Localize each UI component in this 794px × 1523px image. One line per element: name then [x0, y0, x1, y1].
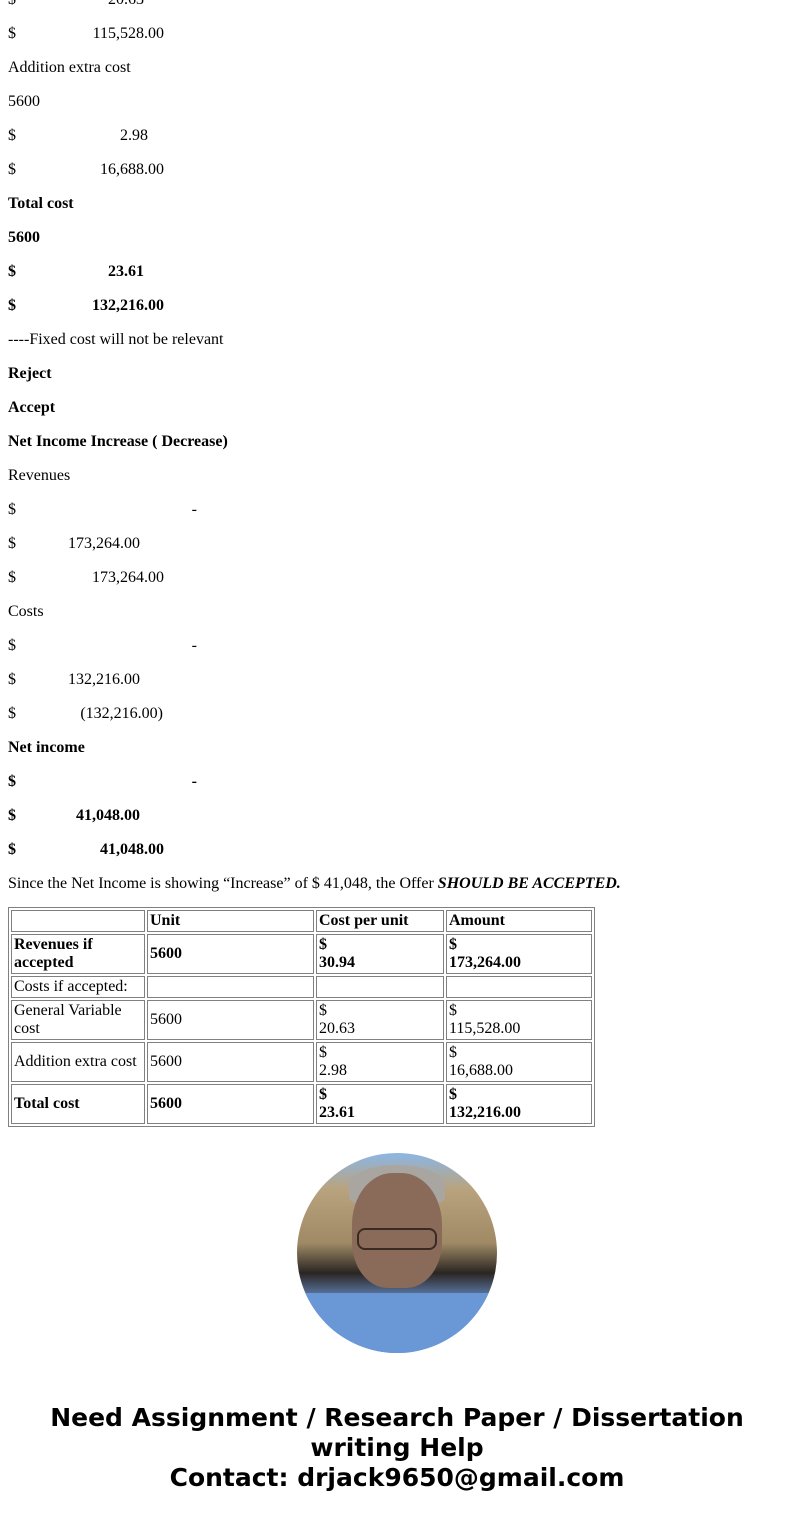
money-line: $-	[8, 637, 786, 655]
cost-summary-table: Unit Cost per unit Amount Revenues if ac…	[8, 907, 595, 1127]
document-body: $20.63$115,528.00Addition extra cost5600…	[8, 0, 786, 909]
row-label: General Variable cost	[14, 1002, 122, 1037]
money-line: $132,216.00	[8, 671, 786, 689]
currency-symbol: $	[319, 1044, 327, 1061]
unit-cell: 5600	[147, 1042, 314, 1082]
text-line: Net Income Increase ( Decrease)	[8, 433, 786, 451]
text-line: ----Fixed cost will not be relevant	[8, 331, 786, 349]
conclusion-emphasis: SHOULD BE ACCEPTED.	[438, 875, 621, 892]
promo-line-2: writing Help	[0, 1433, 794, 1463]
cost-per-unit-value: 23.61	[319, 1104, 355, 1121]
money-value: 173,264.00	[8, 569, 164, 587]
text-line: Total cost	[8, 195, 786, 213]
text-line: Reject	[8, 365, 786, 383]
cost-per-unit-cell: $20.63	[316, 1000, 444, 1040]
text-line: Costs	[8, 603, 786, 621]
cost-per-unit-value: 30.94	[319, 954, 355, 971]
table-header-cost-per-unit: Cost per unit	[316, 910, 444, 932]
money-value: 41,048.00	[8, 807, 140, 825]
money-line: $115,528.00	[8, 25, 786, 43]
money-value: 2.98	[8, 127, 148, 145]
money-value: -	[8, 501, 197, 519]
text-line: Addition extra cost	[8, 59, 786, 77]
table-header-row: Unit Cost per unit Amount	[11, 910, 592, 932]
unit-value: 5600	[150, 1053, 182, 1070]
money-value: 23.61	[8, 263, 144, 281]
money-value: -	[8, 773, 197, 791]
money-value: 132,216.00	[8, 671, 140, 689]
amount-cell: $132,216.00	[446, 1084, 592, 1124]
table-row: General Variable cost5600$20.63$115,528.…	[11, 1000, 592, 1040]
money-line: $173,264.00	[8, 569, 786, 587]
text-line: Revenues	[8, 467, 786, 485]
row-label-cell: Addition extra cost	[11, 1042, 145, 1082]
money-line: $132,216.00	[8, 297, 786, 315]
text-line: 5600	[8, 229, 786, 247]
money-line: $-	[8, 501, 786, 519]
money-line: $41,048.00	[8, 841, 786, 859]
money-line: $173,264.00	[8, 535, 786, 553]
avatar-shirt	[297, 1293, 497, 1353]
table-header-blank	[11, 910, 145, 932]
money-value: 173,264.00	[8, 535, 140, 553]
conclusion-text: Since the Net Income is showing “Increas…	[8, 875, 786, 893]
money-value: (132,216.00)	[8, 705, 163, 723]
currency-symbol: $	[449, 1086, 457, 1103]
amount-cell	[446, 976, 592, 998]
money-line: $(132,216.00)	[8, 705, 786, 723]
table-row: Revenues if accepted5600$30.94$173,264.0…	[11, 934, 592, 974]
money-value: 41,048.00	[8, 841, 164, 859]
table-row: Addition extra cost5600$2.98$16,688.00	[11, 1042, 592, 1082]
row-label: Costs if accepted:	[14, 978, 128, 995]
unit-value: 5600	[150, 945, 182, 962]
money-value: 16,688.00	[8, 161, 164, 179]
amount-value: 132,216.00	[449, 1104, 521, 1121]
currency-symbol: $	[449, 1002, 457, 1019]
row-label-cell: General Variable cost	[11, 1000, 145, 1040]
table-row: Total cost5600$23.61$132,216.00	[11, 1084, 592, 1124]
text-line: Net income	[8, 739, 786, 757]
avatar-glasses	[357, 1228, 437, 1250]
amount-value: 16,688.00	[449, 1062, 513, 1079]
unit-cell: 5600	[147, 934, 314, 974]
money-line: $23.61	[8, 263, 786, 281]
amount-value: 115,528.00	[449, 1020, 520, 1037]
cost-per-unit-cell: $23.61	[316, 1084, 444, 1124]
money-line: $2.98	[8, 127, 786, 145]
row-label: Addition extra cost	[14, 1053, 137, 1070]
currency-symbol: $	[319, 1086, 327, 1103]
cost-per-unit-value: 20.63	[319, 1020, 355, 1037]
row-label-cell: Revenues if accepted	[11, 934, 145, 974]
currency-symbol: $	[449, 1044, 457, 1061]
cost-per-unit-cell: $30.94	[316, 934, 444, 974]
promo-banner: Need Assignment / Research Paper / Disse…	[0, 1403, 794, 1493]
unit-value: 5600	[150, 1011, 182, 1028]
currency-symbol: $	[319, 1002, 327, 1019]
row-label-cell: Total cost	[11, 1084, 145, 1124]
amount-cell: $173,264.00	[446, 934, 592, 974]
money-value: 20.63	[8, 0, 144, 9]
text-line: Accept	[8, 399, 786, 417]
cost-per-unit-cell	[316, 976, 444, 998]
unit-cell	[147, 976, 314, 998]
cost-per-unit-cell: $2.98	[316, 1042, 444, 1082]
row-label-cell: Costs if accepted:	[11, 976, 145, 998]
money-line: $-	[8, 773, 786, 791]
money-line: $16,688.00	[8, 161, 786, 179]
amount-cell: $115,528.00	[446, 1000, 592, 1040]
money-value: -	[8, 637, 197, 655]
row-label: Total cost	[14, 1095, 80, 1112]
promo-line-3[interactable]: Contact: drjack9650@gmail.com	[0, 1463, 794, 1493]
text-line: 5600	[8, 93, 786, 111]
unit-cell: 5600	[147, 1084, 314, 1124]
money-line: $20.63	[8, 0, 786, 9]
table-header-unit: Unit	[147, 910, 314, 932]
amount-cell: $16,688.00	[446, 1042, 592, 1082]
row-label: Revenues if accepted	[14, 936, 93, 971]
promo-line-1: Need Assignment / Research Paper / Disse…	[0, 1403, 794, 1433]
unit-cell: 5600	[147, 1000, 314, 1040]
amount-value: 173,264.00	[449, 954, 521, 971]
conclusion-prefix: Since the Net Income is showing “Increas…	[8, 875, 438, 892]
currency-symbol: $	[319, 936, 327, 953]
table-header-amount: Amount	[446, 910, 592, 932]
money-value: 115,528.00	[8, 25, 164, 43]
table-row: Costs if accepted:	[11, 976, 592, 998]
currency-symbol: $	[449, 936, 457, 953]
unit-value: 5600	[150, 1095, 182, 1112]
author-avatar	[297, 1153, 497, 1353]
money-line: $41,048.00	[8, 807, 786, 825]
cost-per-unit-value: 2.98	[319, 1062, 347, 1079]
money-value: 132,216.00	[8, 297, 164, 315]
